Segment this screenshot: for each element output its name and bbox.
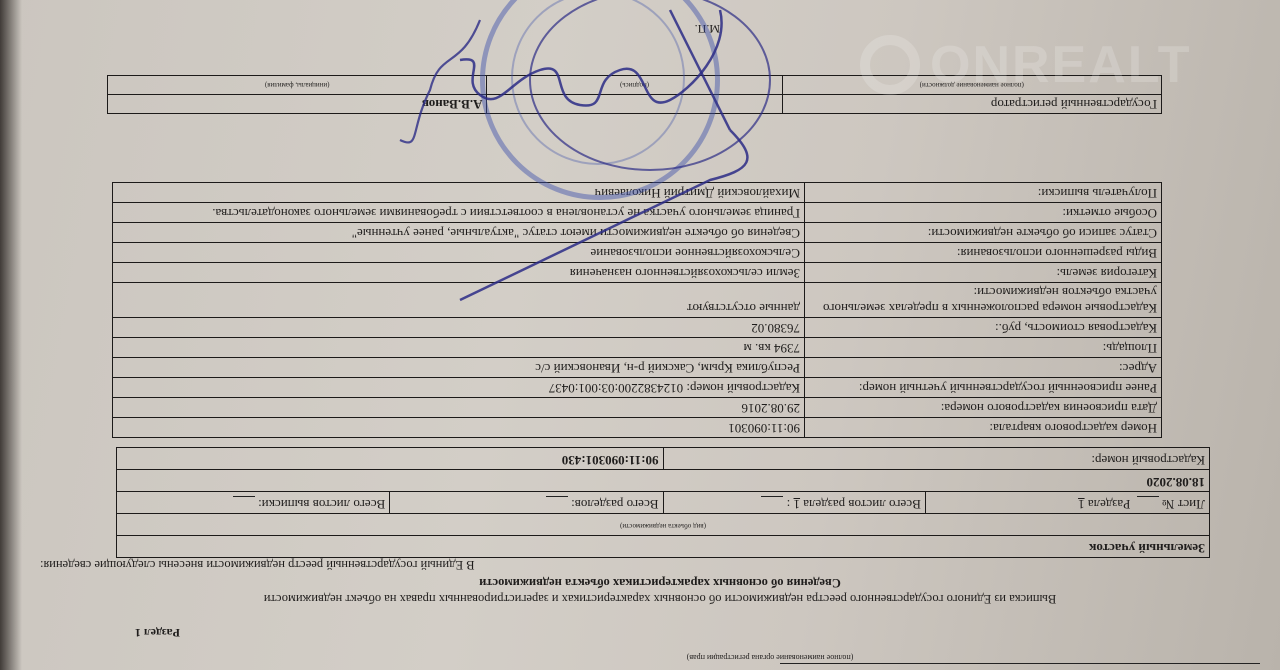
property-label: Получатель выписки: bbox=[805, 183, 1162, 203]
document-photo: (полное наименование органа регистрации … bbox=[0, 0, 1280, 670]
property-label: Кадастровая стоимость, руб.: bbox=[805, 318, 1162, 338]
sections-blank bbox=[546, 496, 568, 509]
extract-subheading: Сведения об основных характеристиках объ… bbox=[80, 575, 1240, 590]
property-row: Адрес:Республика Крым, Сакский р-н, Иван… bbox=[113, 358, 1162, 378]
property-label: Кадастровые номера расположенных в преде… bbox=[805, 283, 1162, 318]
section-value: 1 bbox=[1078, 497, 1085, 512]
property-label: Категория земель: bbox=[805, 263, 1162, 283]
cadastral-number-label: Кадастровый номер: bbox=[663, 448, 1209, 470]
property-row: Кадастровая стоимость, руб.:76380.02 bbox=[113, 318, 1162, 338]
property-value: Республика Крым, Сакский р-н, Ивановский… bbox=[113, 358, 805, 378]
handwritten-signature-icon bbox=[320, 0, 840, 310]
property-label: Статус записи об объекте недвижимости: bbox=[805, 223, 1162, 243]
property-row: Номер кадастрового квартала:90:11:090301 bbox=[113, 418, 1162, 438]
property-label: Ранее присвоенный государственный учетны… bbox=[805, 378, 1162, 398]
section-title: Раздел 1 bbox=[135, 625, 180, 640]
sheet-number-cell: Лист № Раздела 1 bbox=[925, 492, 1209, 514]
extract-heading: Выписка из Единого государственного реес… bbox=[80, 591, 1240, 606]
object-header-table: Земельный участок (вид объекта недвижимо… bbox=[116, 447, 1210, 558]
sheets-total-cell: Всего листов выписки: bbox=[117, 492, 390, 514]
sheets-total-blank bbox=[233, 496, 255, 509]
sheets-blank bbox=[761, 496, 783, 509]
org-name-line bbox=[780, 663, 1260, 664]
org-name-caption: (полное наименование органа регистрации … bbox=[260, 653, 1280, 662]
property-label: Площадь: bbox=[805, 338, 1162, 358]
property-value: 90:11:090301 bbox=[113, 418, 805, 438]
extract-date: 18.08.2020 bbox=[117, 470, 1210, 492]
cadastral-number-value: 90:11:090301:430 bbox=[117, 448, 664, 470]
property-value: 7394 кв. м bbox=[113, 338, 805, 358]
property-value: Кадастровый номер: 0124382200:03:001:043… bbox=[113, 378, 805, 398]
sheets-in-section-cell: Всего листов раздела 1 : bbox=[663, 492, 925, 514]
watermark-logo-icon bbox=[860, 35, 920, 95]
sheets-in-section-label: Всего листов раздела bbox=[803, 497, 921, 512]
watermark: ONREALT bbox=[860, 30, 1240, 100]
sheet-info-row: Лист № Раздела 1 Всего листов раздела 1 … bbox=[117, 492, 1210, 514]
sheets-total-label: Всего листов выписки: bbox=[258, 497, 385, 512]
property-row: Площадь:7394 кв. м bbox=[113, 338, 1162, 358]
sections-total-label: Всего разделов: bbox=[571, 497, 658, 512]
sheet-no-blank bbox=[1137, 496, 1159, 509]
section-label: Раздела bbox=[1088, 497, 1131, 512]
property-label: Номер кадастрового квартала: bbox=[805, 418, 1162, 438]
property-row: Дата присвоения кадастрового номера:29.0… bbox=[113, 398, 1162, 418]
sheet-no-label: Лист № bbox=[1162, 497, 1205, 512]
property-value: 76380.02 bbox=[113, 318, 805, 338]
photo-edge-shadow bbox=[0, 0, 22, 670]
property-label: Особые отметки: bbox=[805, 203, 1162, 223]
property-label: Адрес: bbox=[805, 358, 1162, 378]
property-label: Виды разрешенного использования: bbox=[805, 243, 1162, 263]
sections-total-cell: Всего разделов: bbox=[390, 492, 663, 514]
property-row: Ранее присвоенный государственный учетны… bbox=[113, 378, 1162, 398]
intro-text: В Единый государственный реестр недвижим… bbox=[40, 557, 1280, 572]
property-value: 29.08.2016 bbox=[113, 398, 805, 418]
watermark-text: ONREALT bbox=[930, 35, 1191, 95]
object-type-caption: (вид объекта недвижимости) bbox=[117, 514, 1210, 536]
sheets-in-section-value: 1 bbox=[794, 497, 801, 512]
property-label: Дата присвоения кадастрового номера: bbox=[805, 398, 1162, 418]
object-type: Земельный участок bbox=[117, 536, 1210, 558]
